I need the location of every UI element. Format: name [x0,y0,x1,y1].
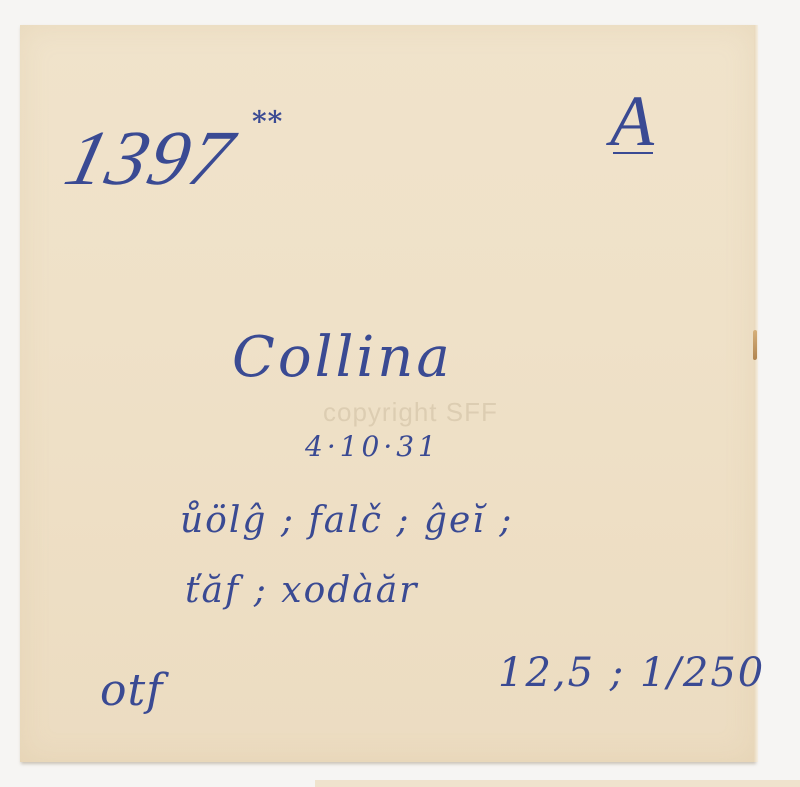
exposure-settings: 12,5 ; 1/250 [498,650,765,696]
underlying-sheet-edge [315,780,800,787]
document-date: 4·10·31 [305,430,440,463]
catalog-number: 1397 [57,113,243,203]
corner-letter-underline [613,152,653,154]
document-title: Collina [232,325,453,390]
catalog-marks: ** [252,105,283,138]
watermark: copyright SFF [323,397,498,428]
paper-tear [753,330,757,361]
corner-letter: A [610,80,655,163]
initials: otf [100,665,163,716]
notes-line-2: ťăf ; xodàăr [185,570,418,611]
paper-card: 1397 ** A Collina copyright SFF 4·10·31 … [20,25,755,762]
notes-line-1: ůölĝ ; falč ; ĝeĭ ; [180,500,513,541]
